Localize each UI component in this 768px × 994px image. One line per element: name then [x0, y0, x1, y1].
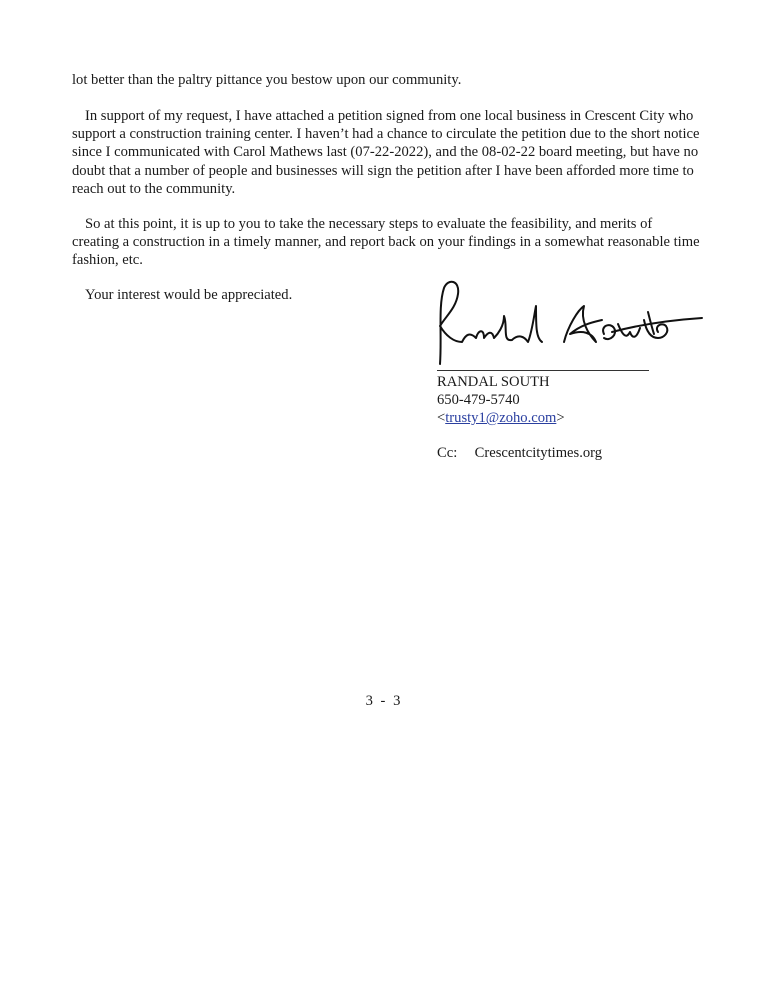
email-close-bracket: > [556, 410, 564, 426]
signature-line [437, 370, 649, 371]
cc-line: Cc: Crescentcitytimes.org [437, 445, 602, 462]
paragraph-request: So at this point, it is up to you to tak… [72, 215, 702, 270]
email-link[interactable]: trusty1@zoho.com [445, 410, 556, 426]
paragraph-continuation: lot better than the paltry pittance you … [72, 71, 702, 89]
signer-name: RANDAL SOUTH [437, 374, 550, 391]
cc-value: Crescentcitytimes.org [475, 445, 602, 461]
cc-label: Cc: [437, 445, 471, 462]
signer-phone: 650-479-5740 [437, 392, 520, 409]
email-open-bracket: < [437, 410, 445, 426]
handwritten-signature [432, 276, 707, 368]
page-number: 3 - 3 [0, 693, 768, 710]
signer-email: <trusty1@zoho.com> [437, 410, 565, 427]
paragraph-petition: In support of my request, I have attache… [72, 107, 702, 198]
